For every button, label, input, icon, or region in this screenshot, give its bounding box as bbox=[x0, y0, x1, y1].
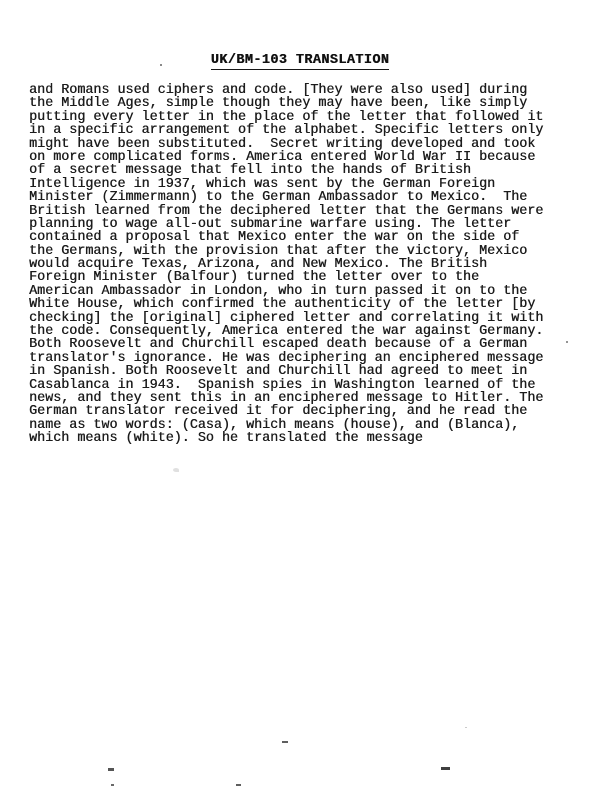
document-body: and Romans used ciphers and code. [They … bbox=[29, 84, 577, 446]
text-line: and Romans used ciphers and code. [They … bbox=[29, 84, 577, 97]
text-line: name as two words: (Casa), which means (… bbox=[29, 419, 577, 432]
text-line: the code. Consequently, America entered … bbox=[29, 325, 577, 338]
document-header: UK/BM-103 TRANSLATION bbox=[0, 50, 600, 70]
scan-artifact bbox=[173, 468, 179, 472]
text-line: on more complicated forms. America enter… bbox=[29, 151, 577, 164]
text-line: the Germans, with the provision that aft… bbox=[29, 245, 577, 258]
document-title: UK/BM-103 TRANSLATION bbox=[211, 53, 390, 70]
text-line: would acquire Texas, Arizona, and New Me… bbox=[29, 258, 577, 271]
text-line: checking] the [original] ciphered letter… bbox=[29, 312, 577, 325]
scan-artifact bbox=[160, 64, 162, 66]
text-line: putting every letter in the place of the… bbox=[29, 111, 577, 124]
text-line: Both Roosevelt and Churchill escaped dea… bbox=[29, 338, 577, 351]
text-line: Casablanca in 1943. Spanish spies in Was… bbox=[29, 379, 577, 392]
text-line: planning to wage all-out submarine warfa… bbox=[29, 218, 577, 231]
scan-artifact bbox=[441, 767, 450, 770]
scanned-document-page: UK/BM-103 TRANSLATION and Romans used ci… bbox=[0, 0, 600, 800]
text-line: White House, which confirmed the authent… bbox=[29, 298, 577, 311]
text-line: British learned from the deciphered lett… bbox=[29, 205, 577, 218]
text-line: Foreign Minister (Balfour) turned the le… bbox=[29, 271, 577, 284]
text-line: of a secret message that fell into the h… bbox=[29, 164, 577, 177]
scan-artifact bbox=[566, 341, 568, 343]
scan-artifact bbox=[111, 784, 114, 786]
text-line: American Ambassador in London, who in tu… bbox=[29, 285, 577, 298]
text-line: contained a proposal that Mexico enter t… bbox=[29, 231, 577, 244]
text-line: in Spanish. Both Roosevelt and Churchill… bbox=[29, 365, 577, 378]
text-line: which means (white). So he translated th… bbox=[29, 432, 577, 445]
scan-artifact bbox=[108, 768, 114, 771]
scan-artifact bbox=[282, 741, 288, 743]
text-line: the Middle Ages, simple though they may … bbox=[29, 97, 577, 110]
text-line: might have been substituted. Secret writ… bbox=[29, 138, 577, 151]
text-line: news, and they sent this in an enciphere… bbox=[29, 392, 577, 405]
text-line: German translator received it for deciph… bbox=[29, 405, 577, 418]
text-line: Intelligence in 1937, which was sent by … bbox=[29, 178, 577, 191]
text-line: translator's ignorance. He was decipheri… bbox=[29, 352, 577, 365]
text-line: Minister (Zimmermann) to the German Amba… bbox=[29, 191, 577, 204]
scan-artifact bbox=[236, 784, 241, 786]
scan-artifact bbox=[465, 727, 467, 728]
text-line: in a specific arrangement of the alphabe… bbox=[29, 124, 577, 137]
